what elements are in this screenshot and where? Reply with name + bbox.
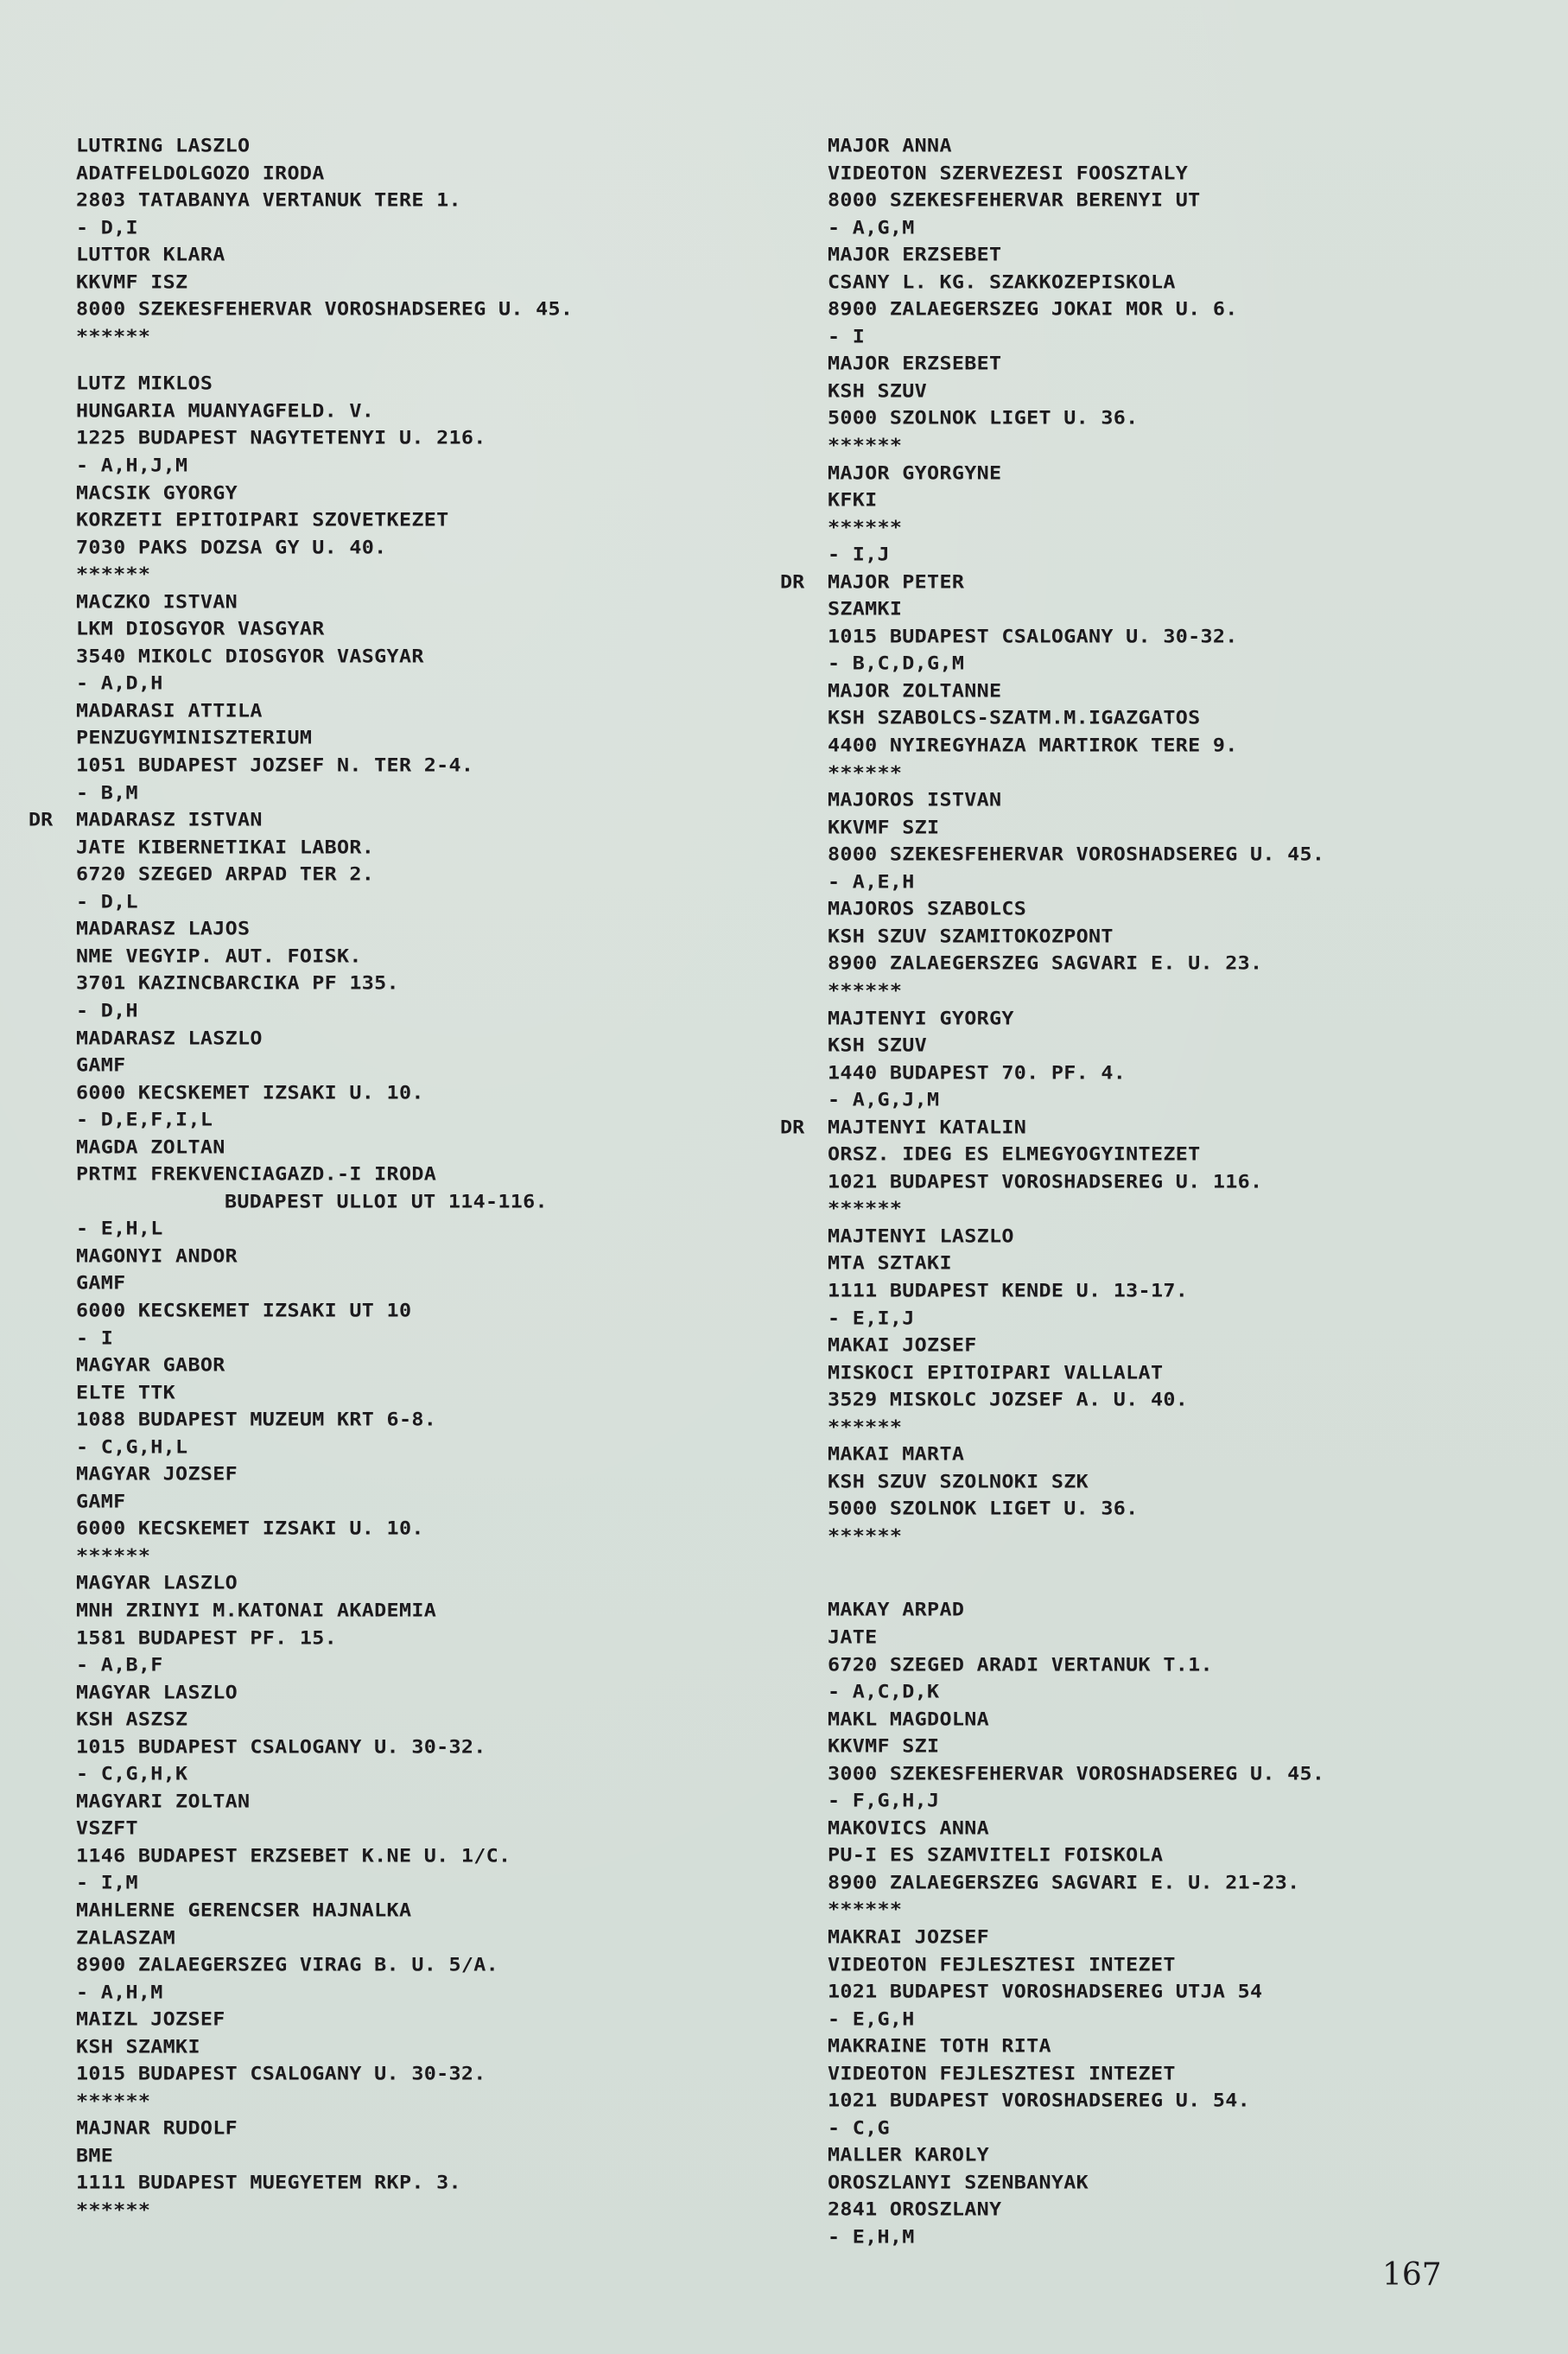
person-name: MACZKO ISTVAN <box>76 589 573 614</box>
address: 3529 MISKOLC JOZSEF A. U. 40. <box>828 1388 1324 1412</box>
address: 8000 SZEKESFEHERVAR BERENYI UT <box>828 188 1324 213</box>
address: 1051 BUDAPEST JOZSEF N. TER 2-4. <box>76 754 573 778</box>
address: 8000 SZEKESFEHERVAR VOROSHADSEREG U. 45. <box>828 843 1324 867</box>
directory-column-left: LUTRING LASZLOADATFELDOLGOZO IRODA2803 T… <box>76 132 573 2224</box>
organization: KKVMF SZI <box>828 1734 1324 1759</box>
organization: KSH SZUV SZOLNOKI SZK <box>828 1469 1324 1493</box>
organization: JATE <box>828 1626 1324 1650</box>
directory-entry: MACZKO ISTVANLKM DIOSGYOR VASGYAR3540 MI… <box>76 588 573 697</box>
address: 8000 SZEKESFEHERVAR VOROSHADSEREG U. 45. <box>76 297 573 321</box>
directory-entry: MAKOVICS ANNAPU-I ES SZAMVITELI FOISKOLA… <box>828 1815 1324 1924</box>
person-name: MAGYAR GABOR <box>76 1353 573 1377</box>
person-name: MAGYAR LASZLO <box>76 1571 573 1595</box>
codes: - E,H,L <box>76 1217 573 1241</box>
organization: VIDEOTON FEJLESZTESI INTEZET <box>828 1952 1324 1976</box>
address: 1225 BUDAPEST NAGYTETENYI U. 216. <box>76 426 573 450</box>
organization: KORZETI EPITOIPARI SZOVETKEZET <box>76 508 573 532</box>
codes: - A,G,J,M <box>828 1088 1324 1112</box>
directory-entry: MAJNAR RUDOLFBME1111 BUDAPEST MUEGYETEM … <box>76 2115 573 2224</box>
organization: VSZFT <box>76 1816 573 1841</box>
person-name: MAGYAR LASZLO <box>76 1680 573 1704</box>
directory-entry: MAKAI MARTAKSH SZUV SZOLNOKI SZK5000 SZO… <box>828 1441 1324 1549</box>
directory-entry: MAJOR ERZSEBETCSANY L. KG. SZAKKOZEPISKO… <box>828 241 1324 350</box>
address: 5000 SZOLNOK LIGET U. 36. <box>828 406 1324 430</box>
person-name: MADARASZ ISTVAN <box>76 808 573 832</box>
address: 1111 BUDAPEST MUEGYETEM RKP. 3. <box>76 2171 573 2195</box>
address: 1111 BUDAPEST KENDE U. 13-17. <box>828 1279 1324 1303</box>
codes: ****** <box>828 1524 1324 1548</box>
address: 8900 ZALAEGERSZEG VIRAG B. U. 5/A. <box>76 1953 573 1977</box>
organization: KSH SZABOLCS-SZATM.M.IGAZGATOS <box>828 706 1324 730</box>
organization: GAMF <box>76 1489 573 1513</box>
address: 3540 MIKOLC DIOSGYOR VASGYAR <box>76 644 573 668</box>
directory-entry: MAKL MAGDOLNAKKVMF SZI3000 SZEKESFEHERVA… <box>828 1706 1324 1815</box>
person-name: MAJTENYI LASZLO <box>828 1224 1324 1248</box>
codes: - C,G <box>828 2115 1324 2140</box>
organization: PU-I ES SZAMVITELI FOISKOLA <box>828 1843 1324 1867</box>
person-name: MADARASZ LASZLO <box>76 1026 573 1050</box>
title-prefix: DR <box>29 808 53 832</box>
codes: ****** <box>828 760 1324 785</box>
person-name: MAJTENYI KATALIN <box>828 1115 1324 1139</box>
directory-page: LUTRING LASZLOADATFELDOLGOZO IRODA2803 T… <box>0 0 1568 2354</box>
organization: KKVMF SZI <box>828 815 1324 839</box>
organization: ADATFELDOLGOZO IRODA <box>76 161 573 185</box>
codes: - A,H,J,M <box>76 454 573 478</box>
organization: ORSZ. IDEG ES ELMEGYOGYINTEZET <box>828 1142 1324 1167</box>
organization: VIDEOTON FEJLESZTESI INTEZET <box>828 2061 1324 2085</box>
person-name: MAKRAINE TOTH RITA <box>828 2034 1324 2058</box>
address: 5000 SZOLNOK LIGET U. 36. <box>828 1497 1324 1521</box>
codes: - E,H,M <box>828 2225 1324 2249</box>
organization: PRTMI FREKVENCIAGAZD.-I IRODA <box>76 1162 573 1187</box>
codes: - B,C,D,G,M <box>828 652 1324 676</box>
organization: GAMF <box>76 1271 573 1295</box>
person-name: MAGYARI ZOLTAN <box>76 1789 573 1813</box>
directory-entry: MAGYAR LASZLOMNH ZRINYI M.KATONAI AKADEM… <box>76 1569 573 1678</box>
organization: KFKI <box>828 488 1324 512</box>
codes: ****** <box>828 1898 1324 1922</box>
person-name: MAGONYI ANDOR <box>76 1244 573 1268</box>
person-name: MAJOR ERZSEBET <box>828 352 1324 376</box>
organization: ELTE TTK <box>76 1380 573 1404</box>
address: 2803 TATABANYA VERTANUK TERE 1. <box>76 188 573 213</box>
organization: KSH SZUV SZAMITOKOZPONT <box>828 924 1324 948</box>
person-name: MAJOR PETER <box>828 569 1324 594</box>
person-name: MAIZL JOZSEF <box>76 2007 573 2032</box>
codes: - F,G,H,J <box>828 1789 1324 1813</box>
directory-entry: MAGYAR LASZLOKSH ASZSZ1015 BUDAPEST CSAL… <box>76 1679 573 1788</box>
person-name: MALLER KAROLY <box>828 2143 1324 2167</box>
directory-entry: LUTRING LASZLOADATFELDOLGOZO IRODA2803 T… <box>76 132 573 241</box>
codes: - I,M <box>76 1871 573 1895</box>
person-name: MAKRAI JOZSEF <box>828 1925 1324 1950</box>
codes: ****** <box>76 2089 573 2113</box>
codes: - D,L <box>76 889 573 913</box>
codes: - A,B,F <box>76 1653 573 1677</box>
codes: - A,G,M <box>828 215 1324 239</box>
address: BUDAPEST ULLOI UT 114-116. <box>76 1189 573 1213</box>
directory-entry: LUTZ MIKLOSHUNGARIA MUANYAGFELD. V.1225 … <box>76 370 573 479</box>
address: 1440 BUDAPEST 70. PF. 4. <box>828 1060 1324 1085</box>
person-name: MAKOVICS ANNA <box>828 1816 1324 1840</box>
address: 8900 ZALAEGERSZEG SAGVARI E. U. 23. <box>828 951 1324 976</box>
organization: KSH SZUV <box>828 379 1324 403</box>
directory-entry: MADARASI ATTILAPENZUGYMINISZTERIUM1051 B… <box>76 697 573 806</box>
title-prefix: DR <box>780 569 804 594</box>
organization: NME VEGYIP. AUT. FOISK. <box>76 944 573 968</box>
codes: ****** <box>76 563 573 587</box>
codes: ****** <box>828 434 1324 458</box>
organization: BME <box>76 2143 573 2167</box>
address: 1015 BUDAPEST CSALOGANY U. 30-32. <box>76 1734 573 1759</box>
directory-entry: MALLER KAROLYOROSZLANYI SZENBANYAK2841 O… <box>828 2141 1324 2250</box>
title-prefix: DR <box>780 1115 804 1139</box>
person-name: LUTTOR KLARA <box>76 243 573 267</box>
address: 3701 KAZINCBARCIKA PF 135. <box>76 971 573 996</box>
person-name: MAJOROS ISTVAN <box>828 788 1324 812</box>
address: 1021 BUDAPEST VOROSHADSEREG U. 116. <box>828 1169 1324 1193</box>
address: 3000 SZEKESFEHERVAR VOROSHADSEREG U. 45. <box>828 1761 1324 1785</box>
directory-entry: DRMAJOR PETERSZAMKI1015 BUDAPEST CSALOGA… <box>828 569 1324 678</box>
directory-entry: MAKRAI JOZSEFVIDEOTON FEJLESZTESI INTEZE… <box>828 1924 1324 2033</box>
directory-entry: MAJOR ZOLTANNEKSH SZABOLCS-SZATM.M.IGAZG… <box>828 678 1324 786</box>
directory-entry: MADARASZ LASZLOGAMF6000 KECSKEMET IZSAKI… <box>76 1025 573 1134</box>
organization: KSH SZAMKI <box>76 2034 573 2058</box>
codes: ****** <box>828 1197 1324 1221</box>
address: 1088 BUDAPEST MUZEUM KRT 6-8. <box>76 1408 573 1432</box>
codes: - C,G,H,K <box>76 1762 573 1786</box>
address: 6720 SZEGED ARADI VERTANUK T.1. <box>828 1652 1324 1676</box>
directory-entry: DRMADARASZ ISTVANJATE KIBERNETIKAI LABOR… <box>76 806 573 915</box>
codes: ****** <box>828 979 1324 1003</box>
codes: - A,C,D,K <box>828 1680 1324 1704</box>
person-name: MAKAI JOZSEF <box>828 1333 1324 1358</box>
codes: - D,I <box>76 215 573 239</box>
codes: - A,D,H <box>76 671 573 696</box>
page-number: 167 <box>1382 2257 1442 2293</box>
organization: VIDEOTON SZERVEZESI FOOSZTALY <box>828 161 1324 185</box>
address: 6000 KECSKEMET IZSAKI U. 10. <box>76 1517 573 1541</box>
person-name: MAJNAR RUDOLF <box>76 2116 573 2141</box>
directory-entry: MAJOR ERZSEBETKSH SZUV5000 SZOLNOK LIGET… <box>828 350 1324 459</box>
directory-entry: MAKAY ARPADJATE6720 SZEGED ARADI VERTANU… <box>828 1596 1324 1705</box>
person-name: MAHLERNE GERENCSER HAJNALKA <box>76 1899 573 1923</box>
codes: - A,E,H <box>828 869 1324 894</box>
codes: - A,H,M <box>76 1980 573 2004</box>
directory-entry: MAGONYI ANDORGAMF6000 KECSKEMET IZSAKI U… <box>76 1243 573 1352</box>
organization: KSH SZUV <box>828 1034 1324 1058</box>
directory-entry: MAIZL JOZSEFKSH SZAMKI1015 BUDAPEST CSAL… <box>76 2006 573 2115</box>
person-name: LUTRING LASZLO <box>76 134 573 158</box>
address: 6720 SZEGED ARPAD TER 2. <box>76 862 573 887</box>
codes: - I,J <box>828 543 1324 567</box>
entry-spacer <box>76 350 573 370</box>
address: 1581 BUDAPEST PF. 15. <box>76 1626 573 1650</box>
person-name: MAJOROS SZABOLCS <box>828 897 1324 921</box>
organization: MTA SZTAKI <box>828 1251 1324 1276</box>
organization: SZAMKI <box>828 597 1324 621</box>
organization: OROSZLANYI SZENBANYAK <box>828 2170 1324 2194</box>
person-name: MAJTENYI GYORGY <box>828 1006 1324 1030</box>
directory-entry: MAKAI JOZSEFMISKOCI EPITOIPARI VALLALAT3… <box>828 1332 1324 1441</box>
directory-entry: MADARASZ LAJOSNME VEGYIP. AUT. FOISK.370… <box>76 915 573 1024</box>
directory-entry: MAKRAINE TOTH RITAVIDEOTON FEJLESZTESI I… <box>828 2033 1324 2141</box>
person-name: MADARASI ATTILA <box>76 699 573 723</box>
person-name: MAKL MAGDOLNA <box>828 1707 1324 1731</box>
directory-entry: MAJTENYI LASZLOMTA SZTAKI1111 BUDAPEST K… <box>828 1223 1324 1332</box>
entry-spacer <box>828 1549 1324 1596</box>
person-name: MAGDA ZOLTAN <box>76 1135 573 1159</box>
address: 1146 BUDAPEST ERZSEBET K.NE U. 1/C. <box>76 1843 573 1867</box>
address: 7030 PAKS DOZSA GY U. 40. <box>76 535 573 559</box>
address: 6000 KECSKEMET IZSAKI U. 10. <box>76 1080 573 1104</box>
person-name: MAJOR ZOLTANNE <box>828 679 1324 703</box>
codes: ****** <box>76 2198 573 2223</box>
organization: MNH ZRINYI M.KATONAI AKADEMIA <box>76 1599 573 1623</box>
directory-column-right: MAJOR ANNAVIDEOTON SZERVEZESI FOOSZTALY8… <box>828 132 1324 2251</box>
directory-entry: MAJOROS SZABOLCSKSH SZUV SZAMITOKOZPONT8… <box>828 895 1324 1004</box>
organization: JATE KIBERNETIKAI LABOR. <box>76 835 573 859</box>
person-name: MAJOR GYORGYNE <box>828 461 1324 485</box>
organization: MISKOCI EPITOIPARI VALLALAT <box>828 1360 1324 1384</box>
codes: - B,M <box>76 780 573 805</box>
address: 8900 ZALAEGERSZEG SAGVARI E. U. 21-23. <box>828 1870 1324 1894</box>
person-name: LUTZ MIKLOS <box>76 372 573 396</box>
codes: - D,H <box>76 999 573 1023</box>
organization: PENZUGYMINISZTERIUM <box>76 726 573 750</box>
codes: ****** <box>76 324 573 348</box>
codes: - C,G,H,L <box>76 1435 573 1459</box>
address: 1015 BUDAPEST CSALOGANY U. 30-32. <box>76 2062 573 2086</box>
directory-entry: MAGYARI ZOLTANVSZFT1146 BUDAPEST ERZSEBE… <box>76 1788 573 1897</box>
directory-entry: DRMAJTENYI KATALINORSZ. IDEG ES ELMEGYOG… <box>828 1114 1324 1223</box>
codes: - E,I,J <box>828 1306 1324 1330</box>
address: 8900 ZALAEGERSZEG JOKAI MOR U. 6. <box>828 297 1324 321</box>
directory-entry: LUTTOR KLARAKKVMF ISZ8000 SZEKESFEHERVAR… <box>76 241 573 350</box>
directory-entry: MAGYAR JOZSEFGAMF6000 KECSKEMET IZSAKI U… <box>76 1460 573 1569</box>
directory-entry: MAHLERNE GERENCSER HAJNALKAZALASZAM8900 … <box>76 1897 573 2006</box>
organization: CSANY L. KG. SZAKKOZEPISKOLA <box>828 270 1324 294</box>
person-name: MAJOR ERZSEBET <box>828 243 1324 267</box>
organization: HUNGARIA MUANYAGFELD. V. <box>76 398 573 423</box>
person-name: MAKAI MARTA <box>828 1442 1324 1466</box>
address: 4400 NYIREGYHAZA MARTIROK TERE 9. <box>828 734 1324 758</box>
address: 1021 BUDAPEST VOROSHADSEREG UTJA 54 <box>828 1980 1324 2004</box>
directory-entry: MACSIK GYORGYKORZETI EPITOIPARI SZOVETKE… <box>76 480 573 588</box>
codes: - E,G,H <box>828 2007 1324 2031</box>
address: 1015 BUDAPEST CSALOGANY U. 30-32. <box>828 624 1324 648</box>
directory-entry: MAGDA ZOLTANPRTMI FREKVENCIAGAZD.-I IROD… <box>76 1134 573 1243</box>
directory-entry: MAJTENYI GYORGYKSH SZUV1440 BUDAPEST 70.… <box>828 1005 1324 1114</box>
codes: - I <box>828 324 1324 348</box>
organization: KKVMF ISZ <box>76 270 573 294</box>
organization: LKM DIOSGYOR VASGYAR <box>76 617 573 641</box>
address: 1021 BUDAPEST VOROSHADSEREG U. 54. <box>828 2089 1324 2113</box>
organization: ZALASZAM <box>76 1925 573 1950</box>
codes: - D,E,F,I,L <box>76 1108 573 1132</box>
codes: ****** <box>76 1543 573 1568</box>
person-name: MACSIK GYORGY <box>76 480 573 505</box>
directory-entry: MAGYAR GABORELTE TTK1088 BUDAPEST MUZEUM… <box>76 1352 573 1460</box>
organization: GAMF <box>76 1053 573 1078</box>
person-name: MAJOR ANNA <box>828 134 1324 158</box>
person-name: MAKAY ARPAD <box>828 1598 1324 1622</box>
directory-entry: MAJOROS ISTVANKKVMF SZI8000 SZEKESFEHERV… <box>828 786 1324 895</box>
codes: - I <box>76 1326 573 1350</box>
directory-entry: MAJOR ANNAVIDEOTON SZERVEZESI FOOSZTALY8… <box>828 132 1324 241</box>
organization: KSH ASZSZ <box>76 1708 573 1732</box>
person-name: MADARASZ LAJOS <box>76 917 573 941</box>
codes: ****** <box>828 1415 1324 1439</box>
address: 2841 OROSZLANY <box>828 2198 1324 2222</box>
address: 6000 KECSKEMET IZSAKI UT 10 <box>76 1299 573 1323</box>
address: ****** <box>828 515 1324 539</box>
directory-entry: MAJOR GYORGYNEKFKI******- I,J <box>828 460 1324 569</box>
person-name: MAGYAR JOZSEF <box>76 1462 573 1486</box>
